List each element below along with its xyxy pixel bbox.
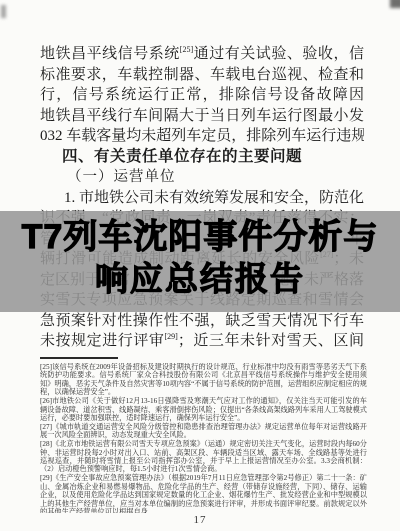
report-title-line2: 响应总结报告 (0, 258, 400, 299)
body-line: 1. 市地铁公司未有效统筹发展和安全，防范化解重大风险意 (40, 188, 364, 209)
body-line: 地铁昌平线行车间隔大于当日列车运行图最小发车间隔,024 车、 (40, 106, 364, 127)
page-number: 17 (0, 514, 400, 526)
document-page: 地铁昌平线信号系统[25]通过有关试验、验收，信号系统功能符合标准要求，车载控制… (0, 0, 400, 531)
scan-artifact-top-right (390, 0, 400, 8)
body-line: 地铁昌平线信号系统[25]通过有关试验、验收，信号系统功能符合 (40, 44, 364, 65)
body-line: 032 车载客量均未超列车定员，排除列车运行违规因素。 (40, 126, 364, 147)
footnotes: [25]该信号系统在2009年设备招标及建设时期执行的设计规范、行业标准中均没有… (40, 363, 367, 513)
body-line: 行，信号系统运行正常，排除信号设备故障因素。事故发生前， (40, 85, 364, 106)
footnote-item: [25]该信号系统在2009年设备招标及建设时期执行的设计规范、行业标准中均没有… (40, 363, 367, 397)
footnote-item: [28]《北京市地铁运营有限公司雪天专项应急预案》（运通）规定密切关注天气变化，… (40, 440, 367, 474)
report-title-line1: T7列车沈阳事件分析与 (0, 217, 400, 258)
body-line: （一）运营单位 (40, 167, 364, 188)
body-line: 未按规定进行评审[29]；近三年未针对雪天、区间疏散、列车追尾 (40, 331, 364, 352)
footnote-ref: [29] (164, 332, 177, 341)
footnote-item: [27]《城市轨道交通运营安全风险分级管控和隐患排查治理管理办法》规定运营单位每… (40, 423, 367, 440)
body-line: 急预案针对性操作性不强，缺乏雪天情况下行车具体应对措施， (40, 311, 364, 332)
footnote-item: [29]《生产安全事故应急预案管理办法》（根据2019年7月11日应急管理部令第… (40, 474, 367, 513)
scan-artifact-top-left (1, 5, 6, 18)
body-line: 四、有关责任单位存在的主要问题 (40, 147, 364, 168)
footnote-ref: [25] (180, 45, 193, 54)
body-line: 标准要求，车载控制器、车载电台巡视、检查和检修均按规程执 (40, 65, 364, 86)
footnote-item: [26]市地铁公司《关于做好12月13-16日强降雪及寒潮天气应对工作的通知》，… (40, 397, 367, 422)
footnote-separator (40, 357, 118, 359)
overlay-report-title: T7列车沈阳事件分析与 响应总结报告 (0, 217, 400, 299)
